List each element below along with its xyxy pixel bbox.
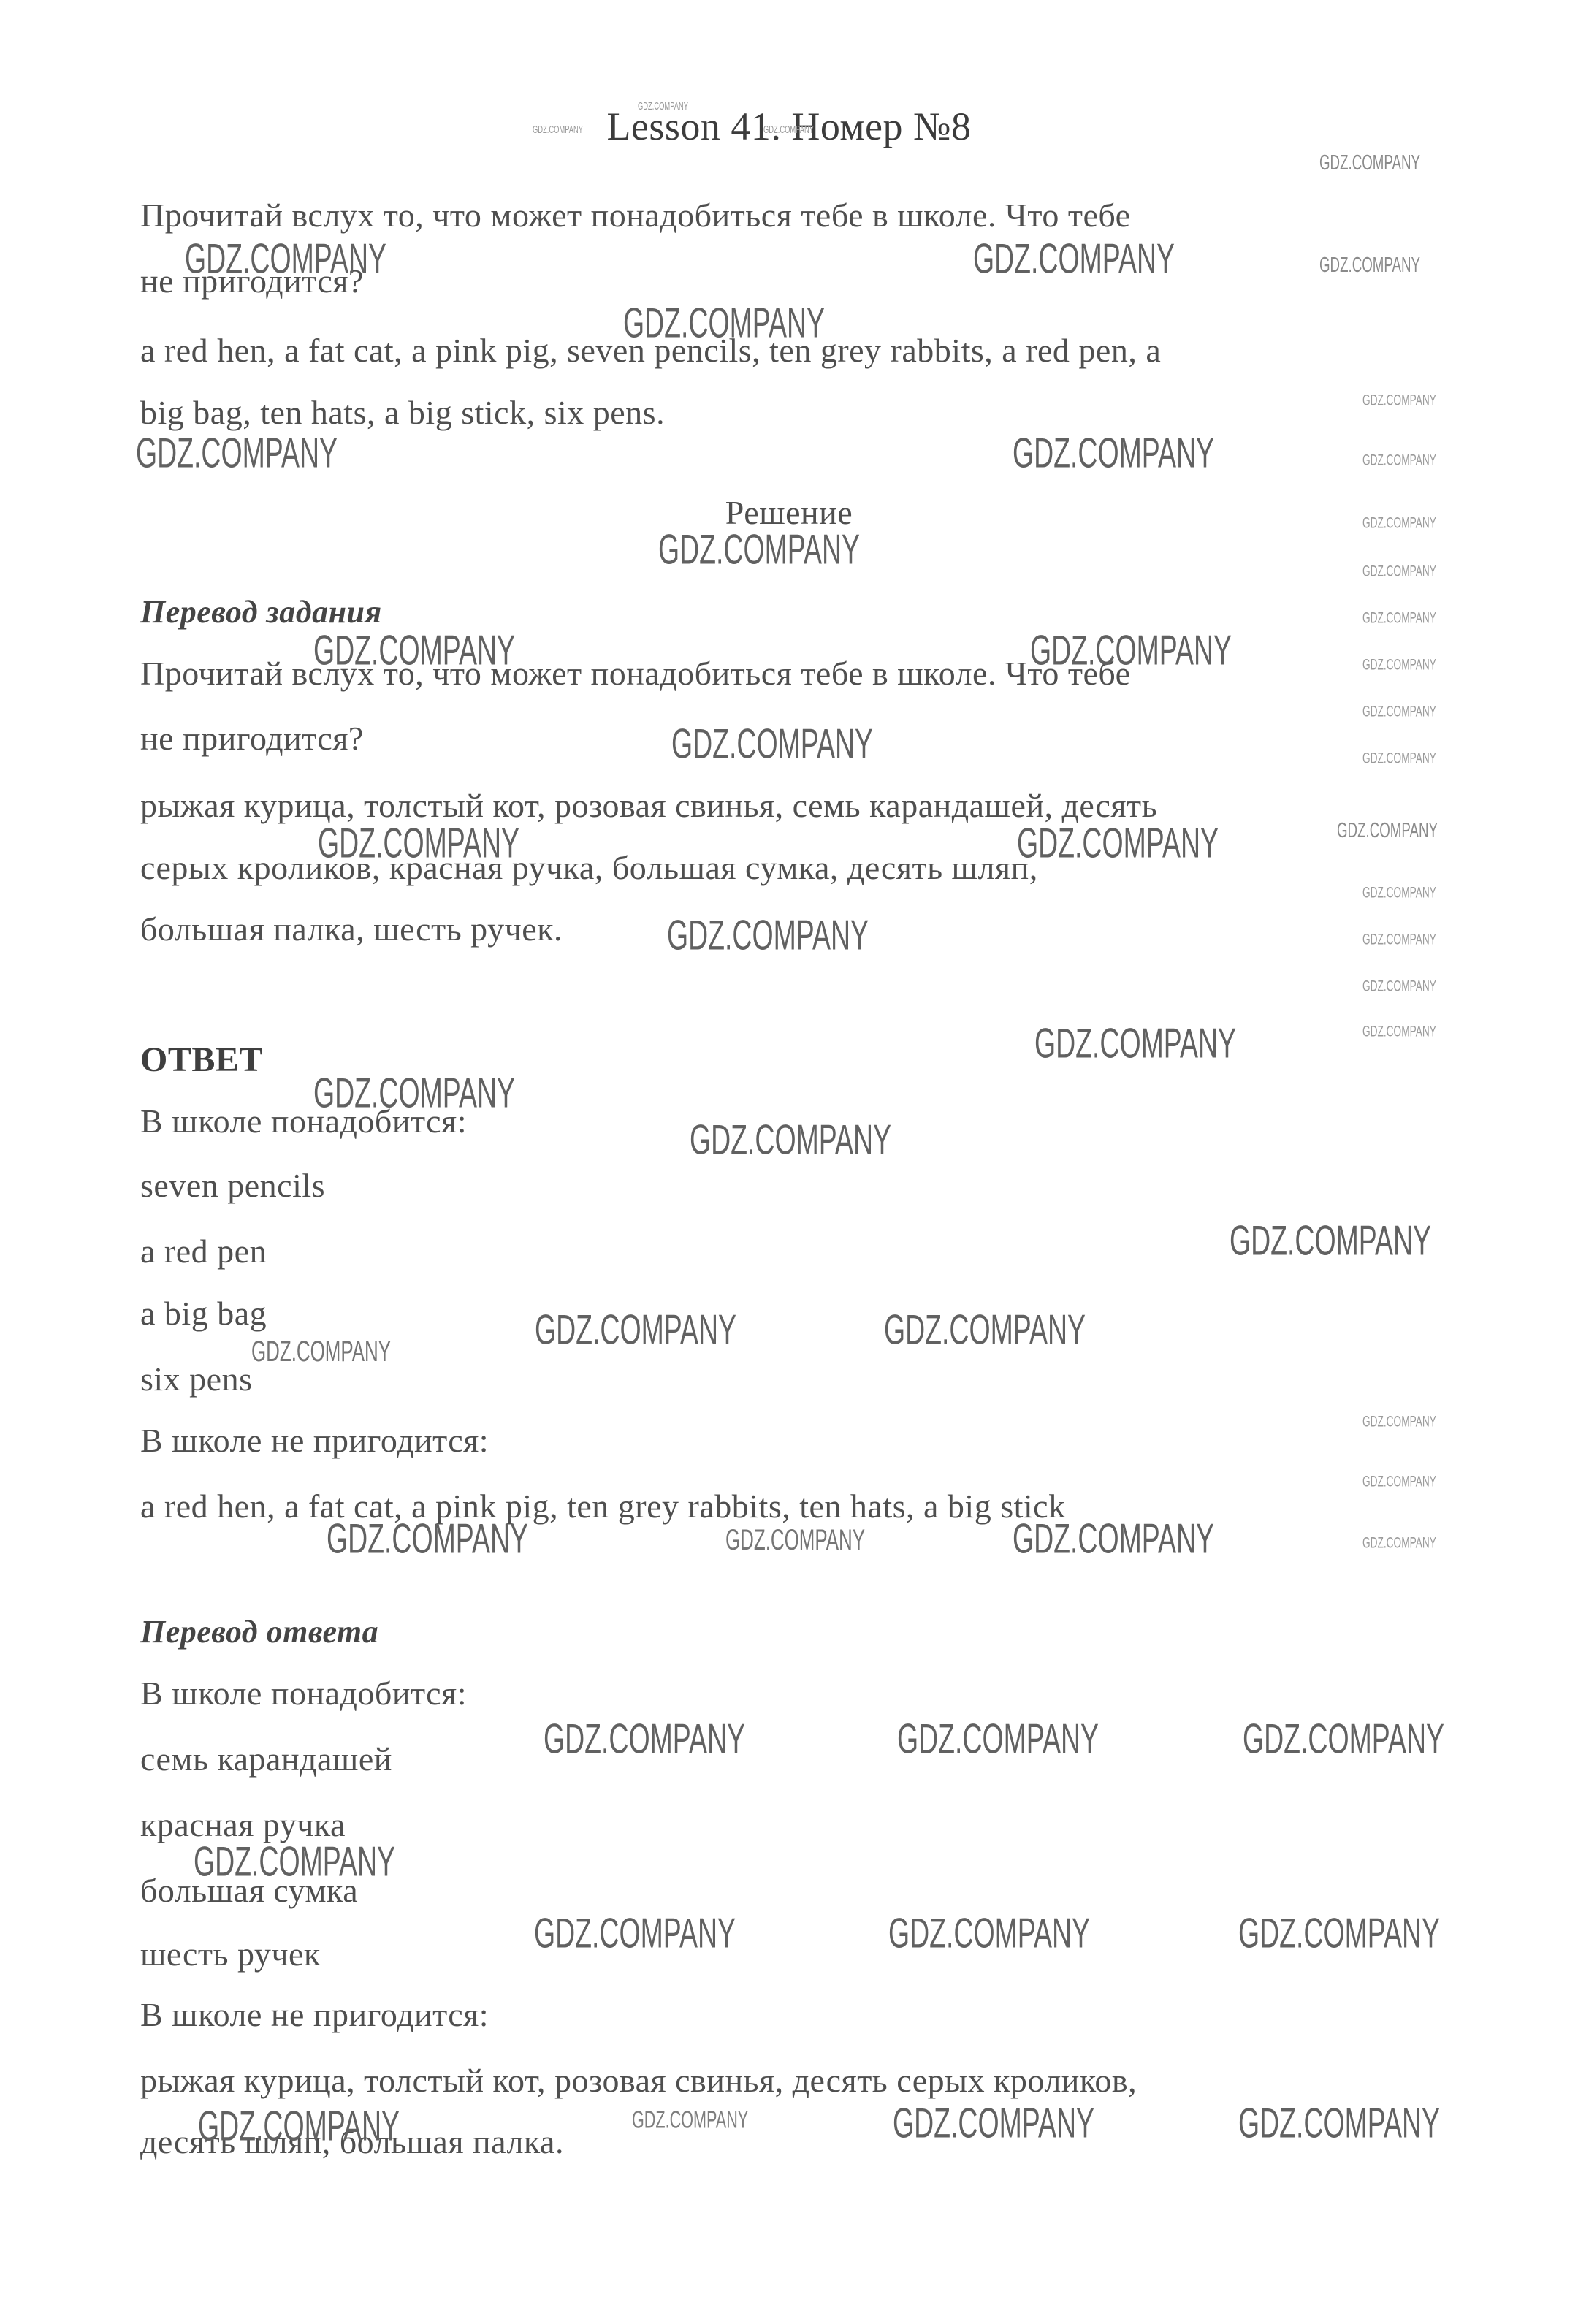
watermark-text: GDZ.COMPANY: [1030, 630, 1232, 671]
answer-needed-item: six pens: [140, 1363, 253, 1396]
watermark-text: GDZ.COMPANY: [1362, 516, 1436, 531]
task-items-line-2: big bag, ten hats, a big stick, six pens…: [140, 396, 665, 430]
watermark-text: GDZ.COMPANY: [632, 2108, 748, 2133]
watermark-text: GDZ.COMPANY: [690, 1119, 891, 1161]
watermark-text: GDZ.COMPANY: [194, 1841, 395, 1883]
answer-not-needed-line: a red hen, a fat cat, a pink pig, ten gr…: [140, 1490, 1066, 1523]
watermark-text: GDZ.COMPANY: [893, 2103, 1094, 2144]
answer-translation-needed-item: шесть ручек: [140, 1938, 321, 1971]
watermark-text: GDZ.COMPANY: [535, 1309, 736, 1351]
watermark-text: GDZ.COMPANY: [623, 302, 825, 344]
watermark-text: GDZ.COMPANY: [763, 124, 814, 134]
answer-heading: ОТВЕТ: [140, 1043, 263, 1078]
answer-translation-needed-label: В школе понадобится:: [140, 1677, 467, 1710]
watermark-text: GDZ.COMPANY: [1362, 1024, 1436, 1040]
watermark-text: GDZ.COMPANY: [1013, 1518, 1214, 1560]
watermark-text: GDZ.COMPANY: [1362, 1474, 1436, 1490]
watermark-text: GDZ.COMPANY: [1017, 823, 1219, 864]
watermark-text: GDZ.COMPANY: [638, 101, 688, 111]
watermark-text: GDZ.COMPANY: [884, 1309, 1086, 1351]
watermark-text: GDZ.COMPANY: [544, 1718, 745, 1760]
answer-needed-item: seven pencils: [140, 1169, 325, 1203]
watermark-text: GDZ.COMPANY: [1362, 393, 1436, 408]
watermark-text: GDZ.COMPANY: [1238, 1913, 1440, 1954]
watermark-text: GDZ.COMPANY: [1319, 254, 1420, 275]
watermark-text: GDZ.COMPANY: [1362, 611, 1436, 626]
watermark-text: GDZ.COMPANY: [198, 2106, 400, 2147]
answer-translation-not-needed-line-1: рыжая курица, толстый кот, розовая свинь…: [140, 2064, 1137, 2098]
solution-heading: Решение: [725, 496, 853, 530]
watermark-text: GDZ.COMPANY: [1243, 1718, 1444, 1760]
answer-translation-heading: Перевод ответа: [140, 1616, 378, 1648]
watermark-text: GDZ.COMPANY: [327, 1518, 528, 1560]
watermark-text: GDZ.COMPANY: [1362, 932, 1436, 948]
document-page: Lesson 41. Номер №8 Прочитай вслух то, ч…: [0, 0, 1578, 2324]
watermark-text: GDZ.COMPANY: [1034, 1023, 1236, 1064]
watermark-text: GDZ.COMPANY: [1362, 1536, 1436, 1551]
watermark-text: GDZ.COMPANY: [533, 124, 583, 134]
task-translation-items-line-2: серых кроликов, красная ручка, большая с…: [140, 851, 1038, 885]
watermark-text: GDZ.COMPANY: [534, 1913, 736, 1954]
answer-translation-needed-item: красная ручка: [140, 1808, 346, 1842]
watermark-text: GDZ.COMPANY: [1319, 152, 1420, 173]
answer-not-needed-label: В школе не пригодится:: [140, 1424, 489, 1458]
watermark-text: GDZ.COMPANY: [1362, 564, 1436, 579]
watermark-text: GDZ.COMPANY: [897, 1718, 1099, 1760]
watermark-text: GDZ.COMPANY: [185, 238, 386, 280]
task-translation-items-line-1: рыжая курица, толстый кот, розовая свинь…: [140, 789, 1157, 823]
watermark-text: GDZ.COMPANY: [1362, 658, 1436, 673]
watermark-text: GDZ.COMPANY: [318, 823, 519, 864]
task-text-line-1: Прочитай вслух то, что может понадобитьс…: [140, 199, 1131, 232]
watermark-text: GDZ.COMPANY: [1362, 1414, 1436, 1430]
watermark-text: GDZ.COMPANY: [1337, 820, 1438, 841]
task-translation-line-2: не пригодится?: [140, 722, 364, 755]
watermark-text: GDZ.COMPANY: [1013, 433, 1214, 474]
watermark-text: GDZ.COMPANY: [136, 433, 338, 474]
watermark-text: GDZ.COMPANY: [725, 1525, 865, 1555]
answer-translation-not-needed-label: В школе не пригодится:: [140, 1998, 489, 2032]
watermark-text: GDZ.COMPANY: [1362, 979, 1436, 994]
watermark-text: GDZ.COMPANY: [658, 529, 860, 571]
task-translation-line-1: Прочитай вслух то, что может понадобитьс…: [140, 657, 1131, 690]
watermark-text: GDZ.COMPANY: [313, 630, 515, 671]
watermark-text: GDZ.COMPANY: [313, 1073, 515, 1114]
watermark-text: GDZ.COMPANY: [667, 915, 869, 956]
watermark-text: GDZ.COMPANY: [1238, 2103, 1440, 2144]
watermark-text: GDZ.COMPANY: [888, 1913, 1090, 1954]
watermark-text: GDZ.COMPANY: [1362, 453, 1436, 468]
answer-needed-item: a red pen: [140, 1235, 267, 1268]
watermark-text: GDZ.COMPANY: [973, 238, 1175, 280]
task-translation-items-line-3: большая палка, шесть ручек.: [140, 913, 563, 946]
watermark-text: GDZ.COMPANY: [1230, 1220, 1431, 1262]
answer-translation-needed-item: семь карандашей: [140, 1742, 392, 1776]
watermark-text: GDZ.COMPANY: [1362, 704, 1436, 720]
watermark-text: GDZ.COMPANY: [1362, 885, 1436, 901]
watermark-text: GDZ.COMPANY: [251, 1337, 391, 1366]
watermark-text: GDZ.COMPANY: [1362, 751, 1436, 766]
answer-needed-item: a big bag: [140, 1297, 267, 1330]
task-translation-heading: Перевод задания: [140, 596, 382, 628]
watermark-text: GDZ.COMPANY: [671, 723, 873, 765]
